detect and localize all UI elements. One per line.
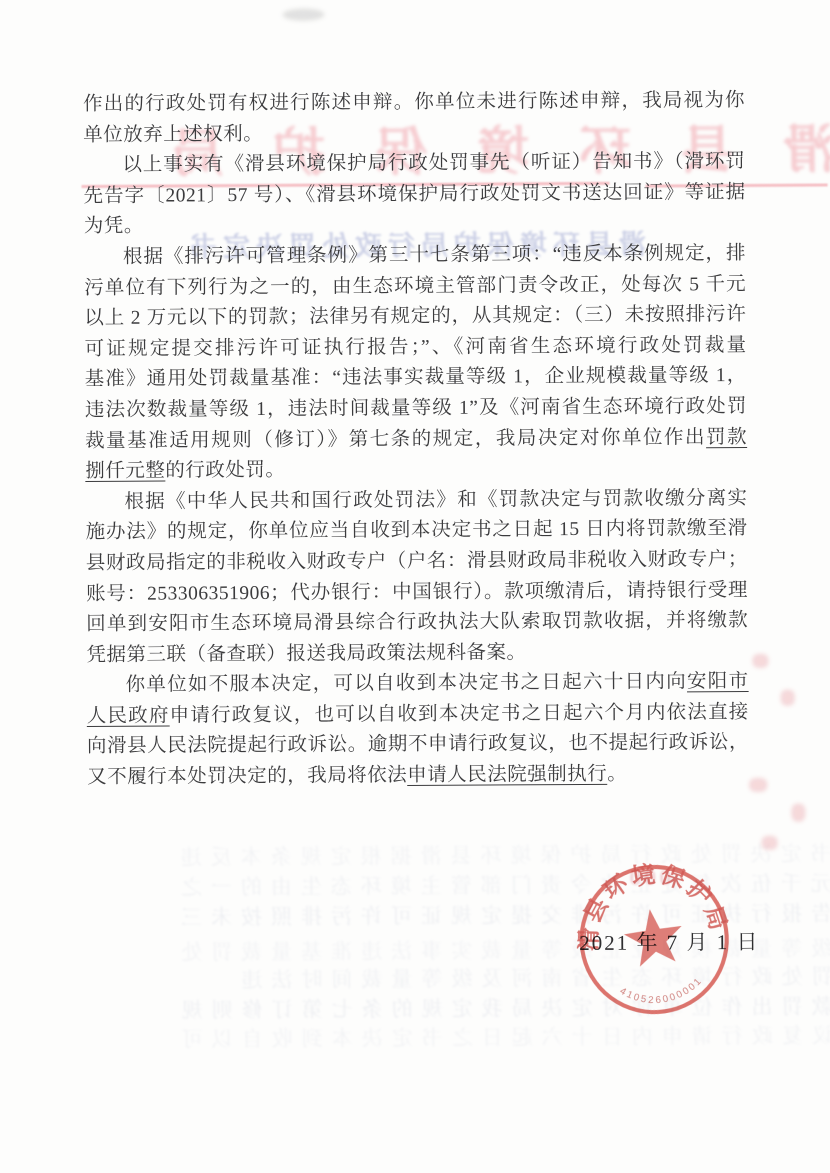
scan-smudge	[282, 9, 324, 21]
text-run: 为凭。	[84, 216, 144, 237]
document-line: 凭据第三联（备查联）报送我局政策法规科备案。	[86, 637, 748, 672]
document-line: 根据《中华人民共和国行政处罚法》和《罚款决定与罚款收缴分离实	[85, 484, 747, 519]
text-run: 裁量基准适用规则（修订）》第七条的规定，我局决定对你单位作出	[85, 427, 706, 452]
text-run: 基准》通用处罚裁量基准：“违法事实裁量等级 1，企业规模裁量等级 1，	[85, 365, 747, 390]
text-run: 先告字〔2021〕57 号）、《滑县环境保护局行政处罚文书送达回证》等证据	[84, 182, 746, 207]
text-run: 根据《中华人民共和国行政处罚法》和《罚款决定与罚款收缴分离实	[124, 488, 747, 513]
document-lines: 作出的行政处罚有权进行陈述申辩。你单位未进行陈述申辩，我局视为你单位放弃上述权利…	[83, 86, 749, 794]
text-run: 。	[607, 764, 627, 785]
text-run: 回单到安阳市生态环境局滑县综合行政执法大队索取罚款收据，并将缴款	[86, 610, 748, 635]
document-line: 捌仟元整的行政处罚。	[85, 453, 747, 488]
document-line: 向滑县人民法院提起行政诉讼。逾期不申请行政复议，也不提起行政诉讼，	[87, 728, 749, 763]
text-run: 作出的行政处罚有权进行陈述申辩。你单位未进行陈述申辩，我局视为你	[83, 90, 745, 115]
document-line: 先告字〔2021〕57 号）、《滑县环境保护局行政处罚文书送达回证》等证据	[84, 178, 746, 213]
text-run: 凭据第三联（备查联）报送我局政策法规科备案。	[86, 642, 526, 666]
text-run: 你单位如不服本决定，可以自收到本决定书之日起六十日内向	[126, 672, 688, 696]
document-line: 你单位如不服本决定，可以自收到本决定书之日起六十日内向安阳市	[87, 667, 749, 702]
document-line: 污单位有下列行为之一的，由生态环境主管部门责令改正，处每次 5 千元	[84, 270, 746, 305]
document-line: 可证规定提交排污许可证执行报告；”、《河南省生态环境行政处罚裁量	[84, 331, 746, 366]
bleedthrough-back-rows: 书定决罚处政行局护保境环县滑据根定规条本反违元千伍次每处正改令责门部管主境环态生…	[0, 0, 826, 3]
text-run: 以上事实有《滑县环境保护局行政处罚事先（听证）告知书》（滑环罚	[122, 151, 745, 176]
bleedthrough-speck	[749, 778, 767, 792]
document-line: 单位放弃上述权利。	[83, 117, 745, 152]
text-run: 污单位有下列行为之一的，由生态环境主管部门责令改正，处每次 5 千元	[84, 274, 746, 299]
text-run: 施办法》的规定，你单位应当自收到本决定书之日起 15 日内将罚款缴至滑	[86, 518, 748, 543]
document-line: 裁量基准适用规则（修订）》第七条的规定，我局决定对你单位作出罚款	[85, 423, 747, 458]
text-run: 账号：253306351906；代办银行：中国银行）。款项缴清后，请持银行受理	[86, 579, 748, 604]
document-line: 人民政府申请行政复议，也可以自收到本决定书之日起六个月内依法直接	[87, 698, 749, 733]
text-run: 又不履行本处罚决定的，我局将依法	[87, 765, 407, 788]
scanned-document-page: 滑县环境保护局 滑县环境保护局行政处罚决定书 书定决罚处政行局护保境环县滑据根定…	[0, 0, 830, 1173]
underlined-text: 安阳市	[687, 671, 749, 692]
text-run: 县财政局指定的非税收入财政专户（户名：滑县财政局非税收入财政专户；	[86, 549, 748, 574]
text-run: 以上 2 万元以下的罚款；法律另有规定的，从其规定：（三）未按照排污许	[84, 304, 746, 329]
text-run: 可证规定提交排污许可证执行报告；”、《河南省生态环境行政处罚裁量	[84, 335, 746, 360]
text-run: 违法次数裁量等级 1，违法时间裁量等级 1”及《河南省生态环境行政处罚	[85, 396, 747, 421]
underlined-text: 捌仟元整	[85, 461, 165, 482]
underlined-text: 申请人民法院强制执行	[407, 764, 607, 786]
document-line: 县财政局指定的非税收入财政专户（户名：滑县财政局非税收入财政专户；	[86, 545, 748, 580]
document-line: 违法次数裁量等级 1，违法时间裁量等级 1”及《河南省生态环境行政处罚	[85, 392, 747, 427]
document-line: 账号：253306351906；代办银行：中国银行）。款项缴清后，请持银行受理	[86, 575, 748, 610]
bleedthrough-row: 议复政行请申内日十六起日之书定决本到收自以可	[88, 1019, 830, 1054]
bleedthrough-speck	[762, 836, 778, 850]
scan-tilt-wrapper: 滑县环境保护局 滑县环境保护局行政处罚决定书 书定决罚处政行局护保境环县滑据根定…	[0, 0, 830, 1173]
text-run: 单位放弃上述权利。	[83, 124, 263, 146]
bleedthrough-right-specks	[0, 0, 826, 3]
text-run: 的行政处罚。	[165, 460, 285, 482]
seal-star-icon	[621, 905, 687, 968]
document-line: 施办法》的规定，你单位应当自收到本决定书之日起 15 日内将罚款缴至滑	[86, 514, 748, 549]
document-line: 回单到安阳市生态环境局滑县综合行政执法大队索取罚款收据，并将缴款	[86, 606, 748, 641]
bleedthrough-speck	[781, 690, 795, 706]
document-line: 以上事实有《滑县环境保护局行政处罚事先（听证）告知书》（滑环罚	[83, 147, 745, 182]
document-line: 又不履行本处罚决定的，我局将依法申请人民法院强制执行。	[87, 759, 749, 794]
underlined-text: 人民政府	[87, 705, 170, 727]
text-run: 向滑县人民法院提起行政诉讼。逾期不申请行政复议，也不提起行政诉讼，	[87, 732, 749, 757]
text-run: 申请行政复议，也可以自收到本决定书之日起六个月内依法直接	[170, 702, 749, 727]
document-line: 基准》通用处罚裁量基准：“违法事实裁量等级 1，企业规模裁量等级 1，	[85, 361, 747, 396]
document-line: 作出的行政处罚有权进行陈述申辩。你单位未进行陈述申辩，我局视为你	[83, 86, 745, 121]
document-line: 以上 2 万元以下的罚款；法律另有规定的，从其规定：（三）未按照排污许	[84, 300, 746, 335]
document-line: 为凭。	[84, 208, 746, 243]
bleedthrough-speck	[791, 804, 805, 822]
underlined-text: 罚款	[706, 427, 747, 448]
bleedthrough-speck	[752, 654, 768, 668]
text-run: 根据《排污许可管理条例》第三十七条第三项：“违反本条例规定，排	[123, 243, 746, 268]
official-seal: 滑县环境保护局 410526000001	[550, 835, 759, 1044]
document-line: 根据《排污许可管理条例》第三十七条第三项：“违反本条例规定，排	[84, 239, 746, 274]
